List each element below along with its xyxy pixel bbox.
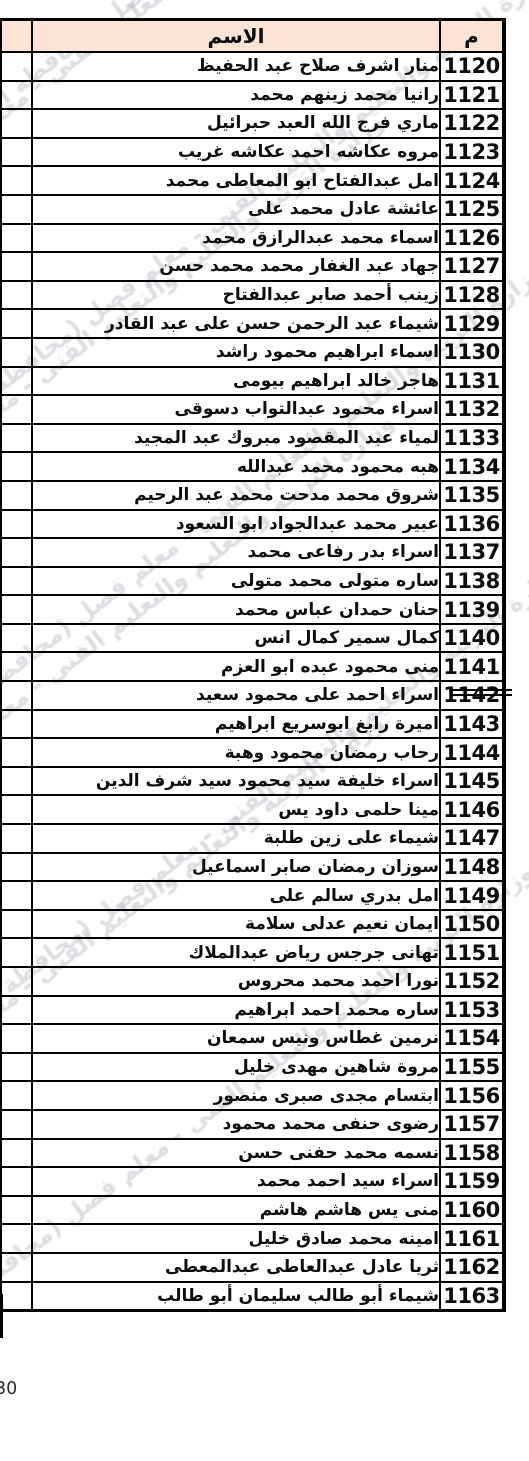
table-row: 1158 نسمه محمد حفنى حسن <box>1 1139 504 1168</box>
name-cell: تهانى جرجس رياض عبدالملاك <box>32 938 440 967</box>
empty-cell <box>1 252 32 281</box>
empty-cell <box>1 910 32 939</box>
empty-cell <box>1 1167 32 1196</box>
name-cell: ساره محمد احمد ابراهيم <box>32 996 440 1025</box>
table-row: 1125 عائشة عادل محمد على <box>1 195 504 224</box>
table-row: 1151 تهانى جرجس رياض عبدالملاك <box>1 938 504 967</box>
table-row: 1127 جهاد عبد الغفار محمد محمد حسن <box>1 252 504 281</box>
name-cell: اميرة رابغ ابوسريع ابراهيم <box>32 710 440 739</box>
empty-cell <box>1 109 32 138</box>
empty-cell <box>1 481 32 510</box>
name-cell: حنان حمدان عباس محمد <box>32 595 440 624</box>
empty-cell <box>1 195 32 224</box>
serial-cell: 1141 <box>440 652 504 681</box>
name-cell: مروة شاهين مهدى خليل <box>32 1053 440 1082</box>
empty-cell <box>1 567 32 596</box>
serial-cell: 1135 <box>440 481 504 510</box>
serial-cell: 1124 <box>440 166 504 195</box>
table-row: 1152 نورا احمد محمد محروس <box>1 967 504 996</box>
header-cell-serial: م <box>440 20 504 53</box>
empty-cell <box>1 681 32 710</box>
empty-cell <box>1 1110 32 1139</box>
empty-cell <box>1 881 32 910</box>
empty-cell <box>1 367 32 396</box>
table-row: 1130 اسماء ابراهيم محمود راشد <box>1 338 504 367</box>
name-cell: اسماء محمد عبدالرازق محمد <box>32 224 440 253</box>
table-row: 1137 اسراء بدر رفاعى محمد <box>1 538 504 567</box>
table-row: 1149 امل بدري سالم على <box>1 881 504 910</box>
table-row: 1156 ابتسام مجدى صبرى منصور <box>1 1081 504 1110</box>
serial-cell: 1156 <box>440 1081 504 1110</box>
name-cell: ابتسام مجدى صبرى منصور <box>32 1081 440 1110</box>
serial-cell: 1138 <box>440 567 504 596</box>
serial-cell: 1149 <box>440 881 504 910</box>
scan-artifact-left-border <box>0 1294 3 1338</box>
serial-cell: 1145 <box>440 767 504 796</box>
name-cell: منار اشرف صلاح عبد الحفيظ <box>32 52 440 81</box>
empty-cell <box>1 1139 32 1168</box>
serial-cell: 1157 <box>440 1110 504 1139</box>
serial-cell: 1130 <box>440 338 504 367</box>
name-cell: زينب أحمد صابر عبدالفتاح <box>32 281 440 310</box>
name-cell: عبير محمد عبدالجواد ابو السعود <box>32 510 440 539</box>
name-cell: ثريا عادل عبدالعاطى عبدالمعطى <box>32 1253 440 1282</box>
name-cell: اسراء سيد احمد محمد <box>32 1167 440 1196</box>
empty-cell <box>1 1024 32 1053</box>
table-row: 1120 منار اشرف صلاح عبد الحفيظ <box>1 52 504 81</box>
empty-cell <box>1 338 32 367</box>
name-cell: ماري فرج الله العبد حبرائيل <box>32 109 440 138</box>
serial-cell: 1150 <box>440 910 504 939</box>
serial-cell: 1152 <box>440 967 504 996</box>
table-row: 1144 رحاب رمضان محمود وهبة <box>1 738 504 767</box>
serial-cell: 1159 <box>440 1167 504 1196</box>
table-row: 1148 سوزان رمضان صابر اسماعيل <box>1 853 504 882</box>
name-cell: نسمه محمد حفنى حسن <box>32 1139 440 1168</box>
name-cell: شروق محمد مدحت محمد عبد الرحيم <box>32 481 440 510</box>
empty-cell <box>1 281 32 310</box>
serial-cell: 1158 <box>440 1139 504 1168</box>
scanned-roster-page: وزارة التربية والتعليم والتعليم الفنى - … <box>0 0 529 1461</box>
empty-cell <box>1 52 32 81</box>
roster-table: م الاسم 1120 منار اشرف صلاح عبد الحفيظ 1… <box>0 18 506 1312</box>
table-row: 1153 ساره محمد احمد ابراهيم <box>1 996 504 1025</box>
empty-cell <box>1 624 32 653</box>
table-row: 1157 رضوى حنفى محمد محمود <box>1 1110 504 1139</box>
empty-cell <box>1 710 32 739</box>
table-row: 1136 عبير محمد عبدالجواد ابو السعود <box>1 510 504 539</box>
table-row: 1122 ماري فرج الله العبد حبرائيل <box>1 109 504 138</box>
name-cell: شيماء أبو طالب سليمان أبو طالب <box>32 1282 440 1311</box>
table-row: 1131 هاجر خالد ابراهيم بيومى <box>1 367 504 396</box>
serial-cell: 1153 <box>440 996 504 1025</box>
empty-cell <box>1 1253 32 1282</box>
table-row: 1123 مروه عكاشه احمد عكاشه غريب <box>1 138 504 167</box>
empty-cell <box>1 538 32 567</box>
serial-cell: 1128 <box>440 281 504 310</box>
name-cell: نورا احمد محمد محروس <box>32 967 440 996</box>
serial-cell: 1122 <box>440 109 504 138</box>
table-row: 1124 امل عبدالفتاح ابو المعاطى محمد <box>1 166 504 195</box>
scan-artifact-double-line <box>450 689 512 691</box>
name-cell: منى محمود عبده ابو العزم <box>32 652 440 681</box>
serial-cell: 1136 <box>440 510 504 539</box>
table-row: 1129 شيماء عبد الرحمن حسن على عبد القادر <box>1 309 504 338</box>
table-row: 1145 اسراء خليفة سيد محمود سيد شرف الدين <box>1 767 504 796</box>
name-cell: اسراء خليفة سيد محمود سيد شرف الدين <box>32 767 440 796</box>
serial-cell: 1134 <box>440 452 504 481</box>
empty-cell <box>1 309 32 338</box>
name-cell: هاجر خالد ابراهيم بيومى <box>32 367 440 396</box>
table-row: 1155 مروة شاهين مهدى خليل <box>1 1053 504 1082</box>
table-row: 1143 اميرة رابغ ابوسريع ابراهيم <box>1 710 504 739</box>
table-row: 1163 شيماء أبو طالب سليمان أبو طالب <box>1 1282 504 1311</box>
table-row: 1134 هبه محمود محمد عبدالله <box>1 452 504 481</box>
name-cell: شيماء على زين طلبة <box>32 824 440 853</box>
name-cell: نرمين غطاس ونيس سمعان <box>32 1024 440 1053</box>
name-cell: امينه محمد صادق خليل <box>32 1224 440 1253</box>
table-row: 1138 ساره متولى محمد متولى <box>1 567 504 596</box>
name-cell: ايمان نعيم عدلى سلامة <box>32 910 440 939</box>
table-row: 1126 اسماء محمد عبدالرازق محمد <box>1 224 504 253</box>
table-row: 1150 ايمان نعيم عدلى سلامة <box>1 910 504 939</box>
serial-cell: 1127 <box>440 252 504 281</box>
serial-cell: 1160 <box>440 1196 504 1225</box>
name-cell: اسراء احمد على محمود سعيد <box>32 681 440 710</box>
name-cell: منى يس هاشم هاشم <box>32 1196 440 1225</box>
serial-cell: 1123 <box>440 138 504 167</box>
empty-cell <box>1 424 32 453</box>
table-row: 1132 اسراء محمود عبدالتواب دسوقى <box>1 395 504 424</box>
empty-cell <box>1 138 32 167</box>
table-row: 1141 منى محمود عبده ابو العزم <box>1 652 504 681</box>
serial-cell: 1155 <box>440 1053 504 1082</box>
empty-cell <box>1 938 32 967</box>
serial-cell: 1146 <box>440 795 504 824</box>
serial-cell: 1131 <box>440 367 504 396</box>
table-row: 1121 رانيا محمد زينهم محمد <box>1 81 504 110</box>
serial-cell: 1140 <box>440 624 504 653</box>
empty-cell <box>1 395 32 424</box>
empty-cell <box>1 795 32 824</box>
name-cell: رحاب رمضان محمود وهبة <box>32 738 440 767</box>
table-row: 1128 زينب أحمد صابر عبدالفتاح <box>1 281 504 310</box>
empty-cell <box>1 1282 32 1311</box>
empty-cell <box>1 1196 32 1225</box>
header-cell-extra <box>1 20 32 53</box>
name-cell: امل عبدالفتاح ابو المعاطى محمد <box>32 166 440 195</box>
table-body: 1120 منار اشرف صلاح عبد الحفيظ 1121 راني… <box>1 52 504 1311</box>
serial-cell: 1120 <box>440 52 504 81</box>
serial-cell: 1121 <box>440 81 504 110</box>
serial-cell: 1139 <box>440 595 504 624</box>
empty-cell <box>1 1053 32 1082</box>
serial-cell: 1162 <box>440 1253 504 1282</box>
empty-cell <box>1 967 32 996</box>
table-row: 1142 اسراء احمد على محمود سعيد <box>1 681 504 710</box>
serial-cell: 1132 <box>440 395 504 424</box>
empty-cell <box>1 767 32 796</box>
name-cell: اسماء ابراهيم محمود راشد <box>32 338 440 367</box>
empty-cell <box>1 81 32 110</box>
serial-cell: 1144 <box>440 738 504 767</box>
scan-artifact-double-line <box>450 694 512 696</box>
serial-cell: 1163 <box>440 1282 504 1311</box>
empty-cell <box>1 738 32 767</box>
name-cell: عائشة عادل محمد على <box>32 195 440 224</box>
serial-cell: 1137 <box>440 538 504 567</box>
empty-cell <box>1 452 32 481</box>
header-row: م الاسم <box>1 20 504 53</box>
empty-cell <box>1 510 32 539</box>
table-row: 1159 اسراء سيد احمد محمد <box>1 1167 504 1196</box>
empty-cell <box>1 824 32 853</box>
serial-cell: 1148 <box>440 853 504 882</box>
table-row: 1147 شيماء على زين طلبة <box>1 824 504 853</box>
header-cell-name: الاسم <box>32 20 440 53</box>
serial-cell: 1133 <box>440 424 504 453</box>
table-row: 1146 مينا حلمى داود يس <box>1 795 504 824</box>
name-cell: جهاد عبد الغفار محمد محمد حسن <box>32 252 440 281</box>
empty-cell <box>1 996 32 1025</box>
table-row: 1135 شروق محمد مدحت محمد عبد الرحيم <box>1 481 504 510</box>
table-row: 1139 حنان حمدان عباس محمد <box>1 595 504 624</box>
watermark-text: وزارة التربية والتعليم والتعليم الفنى - … <box>0 0 409 5</box>
table-row: 1154 نرمين غطاس ونيس سمعان <box>1 1024 504 1053</box>
name-cell: اسراء محمود عبدالتواب دسوقى <box>32 395 440 424</box>
serial-cell: 1125 <box>440 195 504 224</box>
name-cell: امل بدري سالم على <box>32 881 440 910</box>
table-row: 1140 كمال سمير كمال انس <box>1 624 504 653</box>
empty-cell <box>1 166 32 195</box>
page-number: 30 <box>0 1379 17 1399</box>
name-cell: اسراء بدر رفاعى محمد <box>32 538 440 567</box>
serial-cell: 1129 <box>440 309 504 338</box>
serial-cell: 1126 <box>440 224 504 253</box>
empty-cell <box>1 1081 32 1110</box>
empty-cell <box>1 595 32 624</box>
table-row: 1161 امينه محمد صادق خليل <box>1 1224 504 1253</box>
table-row: 1162 ثريا عادل عبدالعاطى عبدالمعطى <box>1 1253 504 1282</box>
empty-cell <box>1 1224 32 1253</box>
empty-cell <box>1 853 32 882</box>
name-cell: مينا حلمى داود يس <box>32 795 440 824</box>
table-row: 1160 منى يس هاشم هاشم <box>1 1196 504 1225</box>
name-cell: شيماء عبد الرحمن حسن على عبد القادر <box>32 309 440 338</box>
table-header: م الاسم <box>1 20 504 53</box>
name-cell: لمياء عبد المقصود مبروك عبد المجيد <box>32 424 440 453</box>
serial-cell: 1151 <box>440 938 504 967</box>
name-cell: سوزان رمضان صابر اسماعيل <box>32 853 440 882</box>
name-cell: رانيا محمد زينهم محمد <box>32 81 440 110</box>
serial-cell: 1147 <box>440 824 504 853</box>
empty-cell <box>1 224 32 253</box>
name-cell: كمال سمير كمال انس <box>32 624 440 653</box>
serial-cell: 1161 <box>440 1224 504 1253</box>
serial-cell: 1143 <box>440 710 504 739</box>
name-cell: رضوى حنفى محمد محمود <box>32 1110 440 1139</box>
name-cell: مروه عكاشه احمد عكاشه غريب <box>32 138 440 167</box>
table-row: 1133 لمياء عبد المقصود مبروك عبد المجيد <box>1 424 504 453</box>
serial-cell: 1154 <box>440 1024 504 1053</box>
name-cell: ساره متولى محمد متولى <box>32 567 440 596</box>
name-cell: هبه محمود محمد عبدالله <box>32 452 440 481</box>
empty-cell <box>1 652 32 681</box>
